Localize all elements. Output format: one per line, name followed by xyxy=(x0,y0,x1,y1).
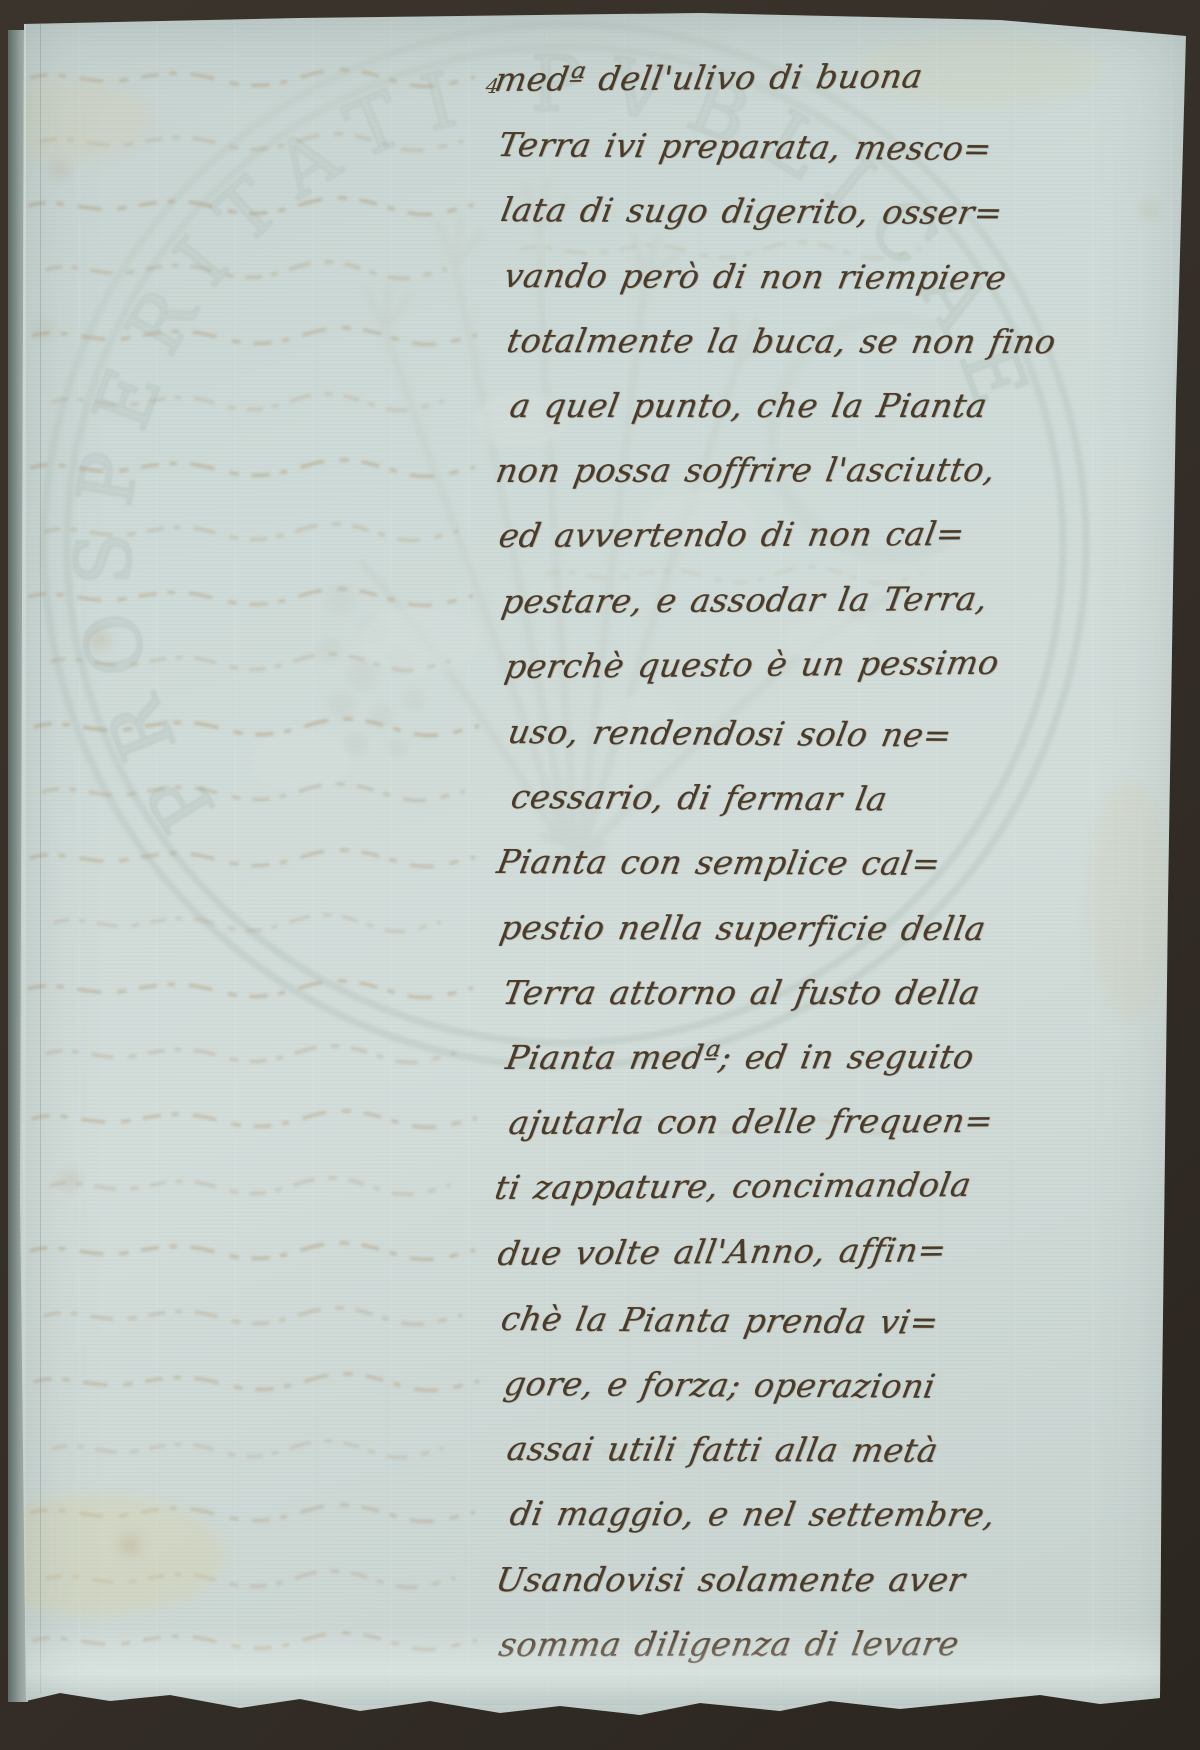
manuscript-line-13: Pianta con semplice cal= xyxy=(494,842,944,883)
manuscript-line-21: gore, e forza; operazioni xyxy=(501,1364,939,1406)
manuscript-text: 4 medª dell'ulivo di buonaTerra ivi prep… xyxy=(500,0,1160,1750)
scanned-document: PROSPERITATI PVBLICAE xyxy=(0,0,1200,1750)
manuscript-line-24: Usandovisi solamente aver xyxy=(493,1560,968,1599)
manuscript-line-6: a quel punto, che la Pianta xyxy=(507,386,990,425)
manuscript-line-10: perchè questo è un pessimo xyxy=(502,643,1002,686)
manuscript-line-16: Pianta medª; ed in seguito xyxy=(503,1037,977,1077)
manuscript-line-12: cessario, di fermar la xyxy=(508,777,891,818)
paper-bottom-fold xyxy=(20,1625,1162,1705)
manuscript-line-8: ed avvertendo di non cal= xyxy=(496,514,968,555)
manuscript-line-20: chè la Pianta prenda vi= xyxy=(498,1299,942,1342)
manuscript-line-5: totalmente la buca, se non fino xyxy=(504,321,1059,361)
manuscript-line-15: Terra attorno al fusto della xyxy=(500,973,983,1012)
manuscript-line-2: Terra ivi preparata, mesco= xyxy=(495,125,995,168)
manuscript-line-17: ajutarla con delle frequen= xyxy=(506,1101,996,1142)
paper-crease-line xyxy=(40,24,41,1694)
manuscript-line-3: lata di sugo digerito, osser= xyxy=(498,190,1006,232)
manuscript-line-11: uso, rendendosi solo ne= xyxy=(505,712,955,755)
manuscript-line-22: assai utili fatti alla metà xyxy=(504,1429,941,1470)
manuscript-line-1: medª dell'ulivo di buona xyxy=(492,56,926,99)
manuscript-line-4: vando però di non riempiere xyxy=(501,256,1010,297)
manuscript-line-18: ti zappature, concimandola xyxy=(492,1165,974,1207)
manuscript-line-7: non possa soffrire l'asciutto, xyxy=(493,450,999,490)
manuscript-line-14: pestio nella superficie della xyxy=(497,908,989,948)
manuscript-line-9: pestare, e assodar la Terra, xyxy=(499,579,991,621)
manuscript-line-23: di maggio, e nel settembre, xyxy=(507,1494,999,1534)
manuscript-line-19: due volte all'Anno, affin= xyxy=(495,1230,950,1273)
manuscript-page: PROSPERITATI PVBLICAE xyxy=(0,0,1200,1750)
